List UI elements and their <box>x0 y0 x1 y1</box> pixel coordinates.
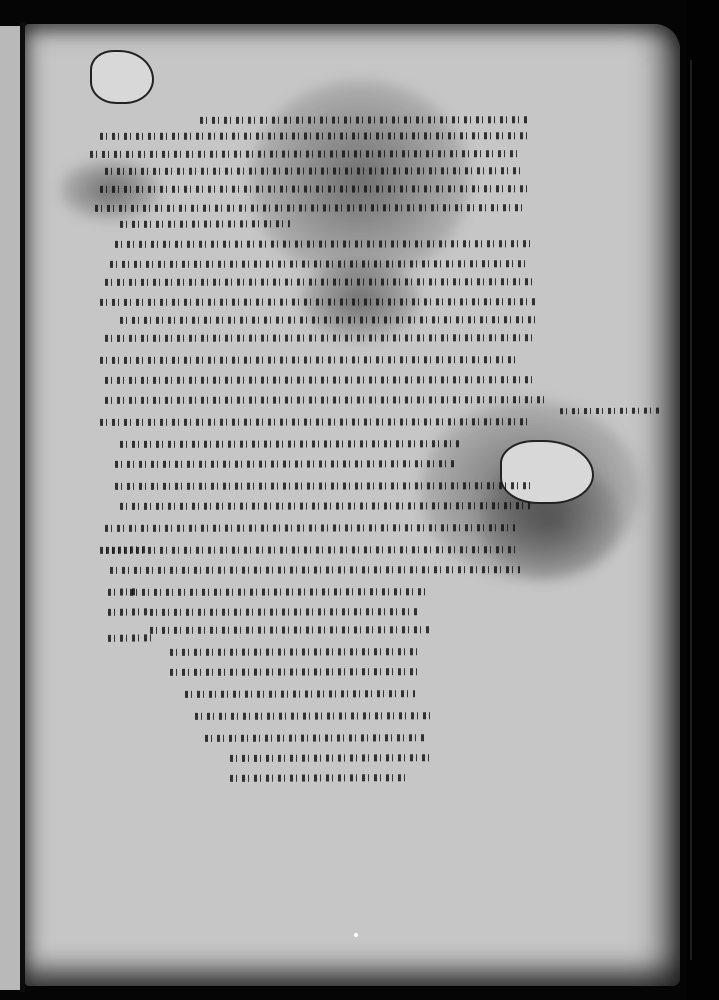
manuscript-line <box>230 770 410 784</box>
handwritten-text <box>120 312 540 326</box>
manuscript-line <box>195 708 435 722</box>
margin-fragment <box>106 542 146 556</box>
handwritten-text <box>205 730 425 744</box>
handwritten-text <box>100 294 535 308</box>
manuscript-line <box>95 200 525 214</box>
handwritten-text <box>100 542 520 556</box>
margin-fragment <box>108 630 156 644</box>
manuscript-line <box>205 730 425 744</box>
manuscript-line <box>100 542 520 556</box>
handwritten-text <box>105 392 545 406</box>
handwritten-text <box>105 520 515 534</box>
handwritten-text <box>108 630 156 644</box>
handwritten-text <box>200 112 530 126</box>
handwritten-text <box>106 542 146 556</box>
handwritten-text <box>100 128 530 142</box>
manuscript-line <box>110 256 530 270</box>
manuscript-line <box>105 520 515 534</box>
handwritten-text <box>108 604 150 618</box>
margin-fragment <box>108 584 138 598</box>
manuscript-line <box>105 392 545 406</box>
handwritten-text <box>110 562 520 576</box>
handwritten-text <box>170 664 420 678</box>
manuscript-line <box>170 644 420 658</box>
manuscript-line <box>185 686 415 700</box>
manuscript-line <box>105 372 535 386</box>
handwritten-text <box>120 436 460 450</box>
handwritten-text <box>130 584 430 598</box>
handwritten-text <box>120 498 530 512</box>
handwritten-text <box>100 414 530 428</box>
handwritten-text <box>120 216 290 230</box>
manuscript-line <box>105 274 535 288</box>
manuscript-line <box>110 562 520 576</box>
manuscript-line <box>230 750 430 764</box>
manuscript-line <box>150 604 420 618</box>
marginal-note <box>560 404 660 416</box>
manuscript-line <box>130 584 430 598</box>
handwritten-text <box>230 770 410 784</box>
handwritten-text <box>150 622 430 636</box>
handwritten-text <box>115 478 535 492</box>
handwritten-text <box>115 236 535 250</box>
manuscript-line <box>170 664 420 678</box>
manuscript-line <box>100 181 530 195</box>
handwritten-text <box>195 708 435 722</box>
facing-page-edge <box>0 26 22 990</box>
handwritten-text <box>100 352 520 366</box>
manuscript-line <box>115 236 535 250</box>
manuscript-line <box>115 478 535 492</box>
handwritten-text <box>115 456 455 470</box>
dust-speck <box>354 933 358 937</box>
manuscript-line <box>100 414 530 428</box>
manuscript-line <box>100 352 520 366</box>
handwritten-text <box>100 181 530 195</box>
handwritten-text <box>105 372 535 386</box>
handwritten-text <box>95 200 525 214</box>
handwritten-text <box>110 256 530 270</box>
manuscript-line <box>90 146 520 160</box>
handwritten-text <box>150 604 420 618</box>
handwritten-text <box>185 686 415 700</box>
handwritten-text <box>105 274 535 288</box>
page-edge-shadow <box>690 60 692 960</box>
handwritten-text <box>105 330 535 344</box>
handwritten-text <box>170 644 420 658</box>
manuscript-line <box>120 216 290 230</box>
manuscript-line <box>105 163 525 177</box>
handwritten-text <box>90 146 520 160</box>
manuscript-line <box>115 456 455 470</box>
handwritten-text <box>105 163 525 177</box>
manuscript-line <box>120 436 460 450</box>
manuscript-line <box>105 330 535 344</box>
water-stain <box>250 80 470 280</box>
handwritten-text <box>230 750 430 764</box>
margin-fragment <box>108 604 150 618</box>
handwritten-text <box>108 584 138 598</box>
manuscript-line <box>150 622 430 636</box>
handwritten-text <box>560 404 660 416</box>
manuscript-line <box>100 294 535 308</box>
manuscript-line <box>200 112 530 126</box>
manuscript-line <box>100 128 530 142</box>
manuscript-line <box>120 312 540 326</box>
manuscript-line <box>120 498 530 512</box>
